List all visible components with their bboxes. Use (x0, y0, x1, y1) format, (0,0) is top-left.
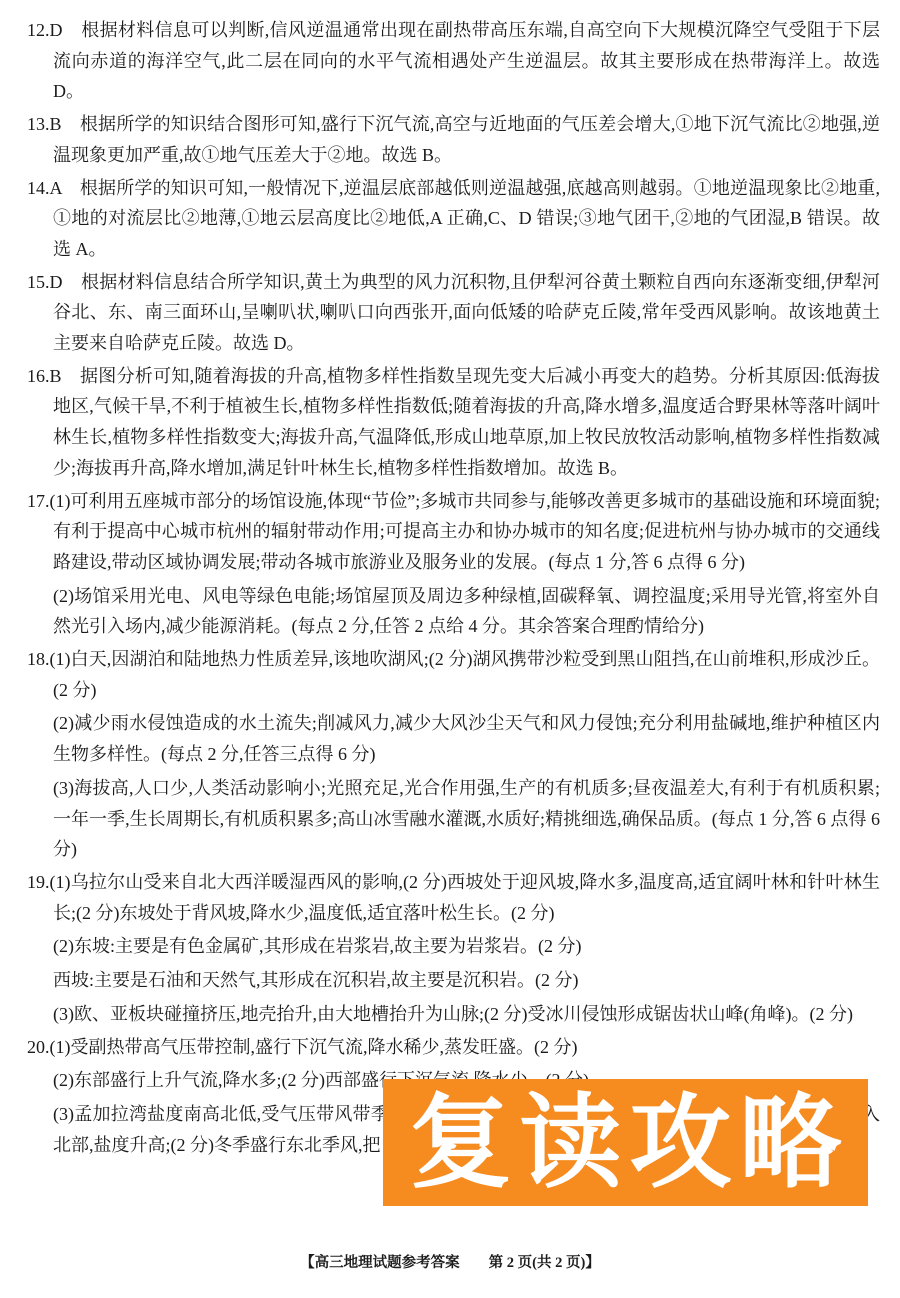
answer-item: 16.B 据图分析可知,随着海拔的升高,植物多样性指数呈现先变大后减小再变大的趋… (53, 361, 880, 484)
answer-paragraph: (3)海拔高,人口少,人类活动影响小;光照充足,光合作用强,生产的有机质多;昼夜… (53, 773, 880, 865)
answer-paragraph: (2)减少雨水侵蚀造成的水土流失;削减风力,减少大风沙尘天气和风力侵蚀;充分利用… (53, 708, 880, 769)
answer-item: 14.A 根据所学的知识可知,一般情况下,逆温层底部越低则逆温越强,底越高则越弱… (53, 173, 880, 265)
question-number: 17. (27, 491, 50, 511)
answer-paragraph: 15.D 根据材料信息结合所学知识,黄土为典型的风力沉积物,且伊犁河谷黄土颗粒自… (53, 267, 880, 359)
answer-paragraph: 17.(1)可利用五座城市部分的场馆设施,体现“节俭”;多城市共同参与,能够改善… (53, 486, 880, 578)
answer-key-page: 12.D 根据材料信息可以判断,信风逆温通常出现在副热带高压东端,自高空向下大规… (0, 0, 900, 1298)
question-number: 16.B (27, 366, 80, 386)
question-number: 20. (27, 1037, 50, 1057)
answer-item: 18.(1)白天,因湖泊和陆地热力性质差异,该地吹湖风;(2 分)湖风携带沙粒受… (53, 644, 880, 865)
answer-item: 13.B 根据所学的知识结合图形可知,盛行下沉气流,高空与近地面的气压差会增大,… (53, 109, 880, 170)
question-number: 14.A (27, 178, 80, 198)
footer-text: 【高三地理试题参考答案 第 2 页(共 2 页)】 (300, 1255, 600, 1271)
answer-paragraph: (2)场馆采用光电、风电等绿色电能;场馆屋顶及周边多种绿植,固碳释氧、调控温度;… (53, 581, 880, 642)
answer-paragraph: 18.(1)白天,因湖泊和陆地热力性质差异,该地吹湖风;(2 分)湖风携带沙粒受… (53, 644, 880, 705)
answer-paragraph: 20.(1)受副热带高气压带控制,盛行下沉气流,降水稀少,蒸发旺盛。(2 分) (53, 1032, 880, 1063)
answer-paragraph: 14.A 根据所学的知识可知,一般情况下,逆温层底部越低则逆温越强,底越高则越弱… (53, 173, 880, 265)
question-number: 15.D (27, 272, 81, 292)
question-number: 19. (27, 872, 50, 892)
question-number: 13.B (27, 114, 80, 134)
watermark-banner: 复读攻略 (383, 1079, 868, 1206)
question-number: 12.D (27, 20, 81, 40)
answer-paragraph: 19.(1)乌拉尔山受来自北大西洋暖湿西风的影响,(2 分)西坡处于迎风坡,降水… (53, 867, 880, 928)
answer-paragraph: 16.B 据图分析可知,随着海拔的升高,植物多样性指数呈现先变大后减小再变大的趋… (53, 361, 880, 484)
answer-paragraph: 西坡:主要是石油和天然气,其形成在沉积岩,故主要是沉积岩。(2 分) (53, 965, 880, 996)
answers-list: 12.D 根据材料信息可以判断,信风逆温通常出现在副热带高压东端,自高空向下大规… (27, 15, 880, 1160)
answer-item: 12.D 根据材料信息可以判断,信风逆温通常出现在副热带高压东端,自高空向下大规… (53, 15, 880, 107)
answer-item: 17.(1)可利用五座城市部分的场馆设施,体现“节俭”;多城市共同参与,能够改善… (53, 486, 880, 643)
question-number: 18. (27, 649, 50, 669)
watermark-text: 复读攻略 (402, 1092, 850, 1194)
answer-item: 15.D 根据材料信息结合所学知识,黄土为典型的风力沉积物,且伊犁河谷黄土颗粒自… (53, 267, 880, 359)
answer-paragraph: 12.D 根据材料信息可以判断,信风逆温通常出现在副热带高压东端,自高空向下大规… (53, 15, 880, 107)
answer-item: 19.(1)乌拉尔山受来自北大西洋暖湿西风的影响,(2 分)西坡处于迎风坡,降水… (53, 867, 880, 1030)
answer-paragraph: (3)欧、亚板块碰撞挤压,地壳抬升,由大地槽抬升为山脉;(2 分)受冰川侵蚀形成… (53, 999, 880, 1030)
answer-paragraph: 13.B 根据所学的知识结合图形可知,盛行下沉气流,高空与近地面的气压差会增大,… (53, 109, 880, 170)
page-footer: 【高三地理试题参考答案 第 2 页(共 2 页)】 (0, 1251, 900, 1272)
answer-paragraph: (2)东坡:主要是有色金属矿,其形成在岩浆岩,故主要为岩浆岩。(2 分) (53, 931, 880, 962)
